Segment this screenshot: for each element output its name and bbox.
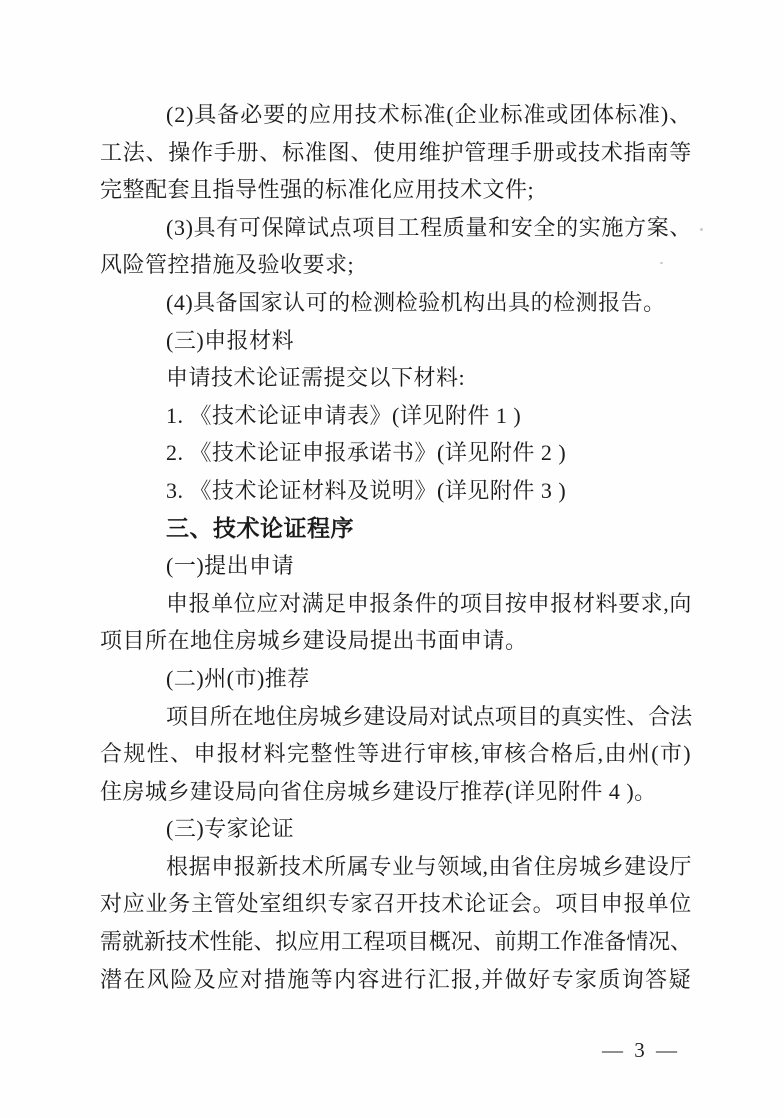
- text-line-content: (4)具备国家认可的检测检验机构出具的检测报告。: [166, 290, 666, 315]
- document-page: (2)具备必要的应用技术标准(企业标准或团体标准)、工法、操作手册、标准图、使用…: [0, 0, 784, 1118]
- scan-speck: [700, 228, 703, 231]
- text-line-content: 项目所在地住房城乡建设局提出书面申请。: [100, 628, 528, 653]
- text-line-content: 完整配套且指导性强的标准化应用技术文件;: [100, 177, 534, 202]
- text-line-content: (一)提出申请: [166, 553, 294, 578]
- text-line: 项目所在地住房城乡建设局提出书面申请。: [100, 622, 692, 660]
- text-line-content: 三、技术论证程序: [166, 515, 354, 541]
- text-line: (二)州(市)推荐: [100, 660, 692, 698]
- text-line: (三)专家论证: [100, 810, 692, 848]
- text-line: 住房城乡建设局向省住房城乡建设厅推荐(详见附件 4 )。: [100, 773, 692, 811]
- text-line-content: 3. 《技术论证材料及说明》(详见附件 3 ): [166, 478, 566, 503]
- page-number: — 3 —: [602, 1038, 698, 1063]
- text-line: 项目所在地住房城乡建设局对试点项目的真实性、合法: [100, 698, 692, 736]
- text-line-content: (2)具备必要的应用技术标准(企业标准或团体标准)、: [166, 102, 692, 127]
- text-line-content: 1. 《技术论证申请表》(详见附件 1 ): [166, 403, 521, 428]
- text-line: 工法、操作手册、标准图、使用维护管理手册或技术指南等: [100, 134, 692, 172]
- text-line-content: 工法、操作手册、标准图、使用维护管理手册或技术指南等: [100, 140, 692, 165]
- text-line-content: 潜在风险及应对措施等内容进行汇报,并做好专家质询答疑: [100, 967, 692, 992]
- text-line: 完整配套且指导性强的标准化应用技术文件;: [100, 171, 692, 209]
- text-line: 合规性、申报材料完整性等进行审核,审核合格后,由州(市): [100, 735, 692, 773]
- text-line: 3. 《技术论证材料及说明》(详见附件 3 ): [100, 472, 692, 510]
- text-line: 2. 《技术论证申报承诺书》(详见附件 2 ): [100, 434, 692, 472]
- text-line: 对应业务主管处室组织专家召开技术论证会。项目申报单位: [100, 885, 692, 923]
- document-body: (2)具备必要的应用技术标准(企业标准或团体标准)、工法、操作手册、标准图、使用…: [100, 96, 692, 998]
- text-line-content: 2. 《技术论证申报承诺书》(详见附件 2 ): [166, 440, 566, 465]
- text-line: 申报单位应对满足申报条件的项目按申报材料要求,向: [100, 585, 692, 623]
- text-line-content: 申报单位应对满足申报条件的项目按申报材料要求,向: [166, 591, 692, 616]
- text-line-content: (三)专家论证: [166, 816, 294, 841]
- text-line: 申请技术论证需提交以下材料:: [100, 359, 692, 397]
- text-line: 潜在风险及应对措施等内容进行汇报,并做好专家质询答疑: [100, 961, 692, 999]
- text-line: 需就新技术性能、拟应用工程项目概况、前期工作准备情况、: [100, 923, 692, 961]
- text-line-content: 风险管控措施及验收要求;: [100, 252, 354, 277]
- text-line-content: (二)州(市)推荐: [166, 666, 310, 691]
- text-line: (2)具备必要的应用技术标准(企业标准或团体标准)、: [100, 96, 692, 134]
- text-line: 风险管控措施及验收要求;: [100, 246, 692, 284]
- text-line-content: 项目所在地住房城乡建设局对试点项目的真实性、合法: [166, 704, 692, 729]
- text-line: (三)申报材料: [100, 322, 692, 360]
- text-line: (一)提出申请: [100, 547, 692, 585]
- text-line: 1. 《技术论证申请表》(详见附件 1 ): [100, 397, 692, 435]
- section-heading: 三、技术论证程序: [100, 510, 692, 548]
- text-line-content: (三)申报材料: [166, 328, 294, 353]
- scan-speck: [320, 300, 322, 303]
- text-line-content: 申请技术论证需提交以下材料:: [166, 365, 465, 390]
- text-line: 根据申报新技术所属专业与领域,由省住房城乡建设厅: [100, 848, 692, 886]
- scan-speck: [660, 262, 663, 264]
- text-line-content: (3)具有可保障试点项目工程质量和安全的实施方案、: [166, 215, 692, 240]
- text-line-content: 根据申报新技术所属专业与领域,由省住房城乡建设厅: [166, 854, 692, 879]
- text-line-content: 需就新技术性能、拟应用工程项目概况、前期工作准备情况、: [100, 929, 692, 954]
- text-line: (4)具备国家认可的检测检验机构出具的检测报告。: [100, 284, 692, 322]
- text-line: (3)具有可保障试点项目工程质量和安全的实施方案、: [100, 209, 692, 247]
- text-line-content: 对应业务主管处室组织专家召开技术论证会。项目申报单位: [100, 891, 692, 916]
- text-line-content: 住房城乡建设局向省住房城乡建设厅推荐(详见附件 4 )。: [100, 779, 657, 804]
- text-line-content: 合规性、申报材料完整性等进行审核,审核合格后,由州(市): [100, 741, 692, 766]
